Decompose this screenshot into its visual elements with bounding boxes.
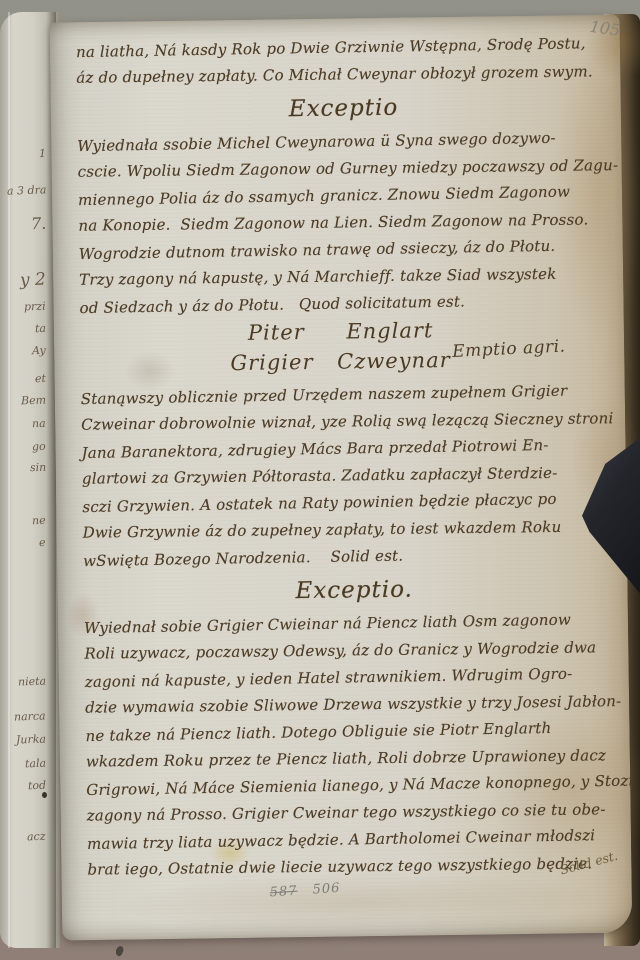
names-block: Piter Englart Emptio agri. Grigier Czwey…: [80, 316, 619, 386]
party-name-buyer: Piter Englart: [248, 318, 434, 345]
margin-fragment: tala: [25, 757, 47, 771]
margin-fragment: ta: [35, 322, 46, 335]
margin-fragment: na: [32, 417, 46, 430]
margin-fragment: narca: [14, 709, 46, 723]
pencil-annotations: 587 506: [269, 881, 341, 901]
manuscript-line: brat iego, Ostatnie dwie liecie uzywacz …: [87, 850, 625, 884]
margin-fragment: sin: [30, 461, 47, 475]
section-heading-exceptio-1: Exceptio: [289, 88, 615, 127]
margin-fragment: y 2: [20, 270, 47, 291]
pencil-number-crossed: 587: [269, 884, 298, 901]
margin-fragment: tod: [28, 779, 47, 793]
margin-fragment: 1: [39, 147, 46, 160]
table-speck: [114, 945, 124, 957]
margin-fragment: acz: [27, 830, 46, 844]
margin-fragment: 7.: [30, 214, 46, 234]
margin-fragment: go: [32, 440, 46, 453]
latin-side-note-emptio-agri: Emptio agri.: [452, 336, 566, 362]
margin-fragment: Ay: [32, 344, 46, 357]
paragraph-closing-previous-entry: na liatha, Ná kasdy Rok po Dwie Grziwnie…: [76, 31, 615, 93]
manuscript-photo: 1 a 3 dra 7. y 2 przi ta Ay et Bem na go…: [0, 0, 640, 960]
margin-fragment: et: [35, 372, 46, 385]
paragraph-exceptio-2: Wyiednał sobie Grigier Cwieinar ná Pienc…: [84, 607, 626, 884]
gutter-dot: [42, 792, 47, 798]
margin-fragment: Jurka: [16, 732, 46, 746]
party-name-seller: Grigier Czweynar: [230, 348, 451, 375]
margin-fragment: przi: [24, 300, 46, 314]
paragraph-exceptio-1: Wyiednała ssobie Michel Cweynarowa ü Syn…: [77, 125, 618, 321]
manuscript-line: áz do dupełney zapłaty. Co Michał Cweyna…: [76, 58, 614, 92]
section-heading-exceptio-2: Exceptio.: [295, 570, 621, 609]
margin-fragment: a 3 dra: [6, 183, 46, 197]
paragraph-sale-record: Stanąwszy oblicznie przed Urzędem naszem…: [81, 378, 622, 574]
margin-fragment: Bem: [21, 394, 46, 408]
manuscript-page: 105 na liatha, Ná kasdy Rok po Dwie Grzi…: [50, 15, 633, 941]
pencil-number: 506: [312, 881, 341, 898]
manuscript-text: na liatha, Ná kasdy Rok po Dwie Grziwnie…: [50, 15, 632, 885]
margin-fragment: ne: [32, 514, 46, 527]
margin-fragment: e: [39, 536, 46, 549]
margin-fragment: nieta: [18, 675, 47, 689]
